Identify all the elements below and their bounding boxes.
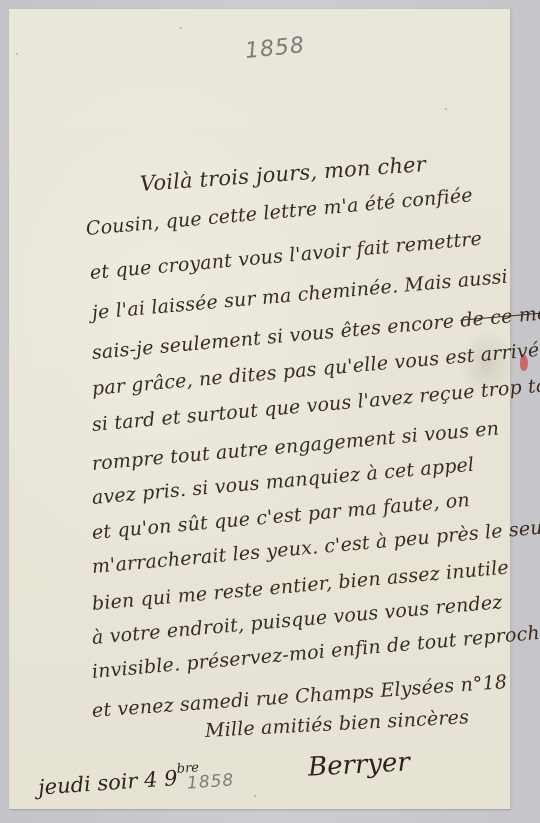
paper-speck [16,53,18,55]
paper-speck [445,108,447,110]
signature: Berryer [307,747,410,782]
pencil-year-dateline: 1858 [186,770,235,793]
paper-edge-shadow [510,9,514,809]
paper-speck [254,795,256,797]
paper-speck [180,27,182,29]
